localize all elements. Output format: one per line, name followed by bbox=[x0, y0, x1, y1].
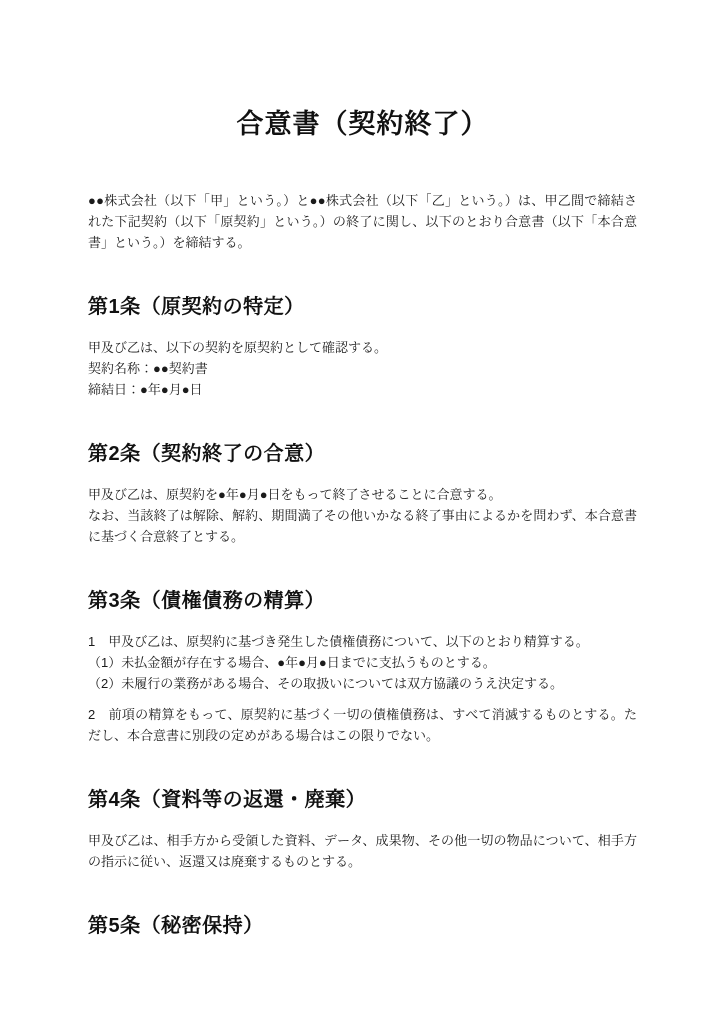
section-heading: 第3条（債権債務の精算） bbox=[88, 587, 637, 615]
document-title: 合意書（契約終了） bbox=[88, 105, 637, 144]
section-heading: 第1条（原契約の特定） bbox=[88, 293, 637, 321]
section-heading: 第4条（資料等の返還・廃棄） bbox=[88, 786, 637, 814]
section-paragraph: 甲及び乙は、原契約を●年●月●日をもって終了させることに合意する。 bbox=[88, 484, 637, 505]
section-heading: 第2条（契約終了の合意） bbox=[88, 440, 637, 468]
section-paragraph: 締結日：●年●月●日 bbox=[88, 379, 637, 400]
sections-container: 第1条（原契約の特定）甲及び乙は、以下の契約を原契約として確認する。契約名称：●… bbox=[88, 293, 637, 940]
contract-section-2: 第2条（契約終了の合意）甲及び乙は、原契約を●年●月●日をもって終了させることに… bbox=[88, 440, 637, 547]
section-paragraph: 甲及び乙は、相手方から受領した資料、データ、成果物、その他一切の物品について、相… bbox=[88, 830, 637, 872]
document-intro-paragraph: ●●株式会社（以下「甲」という。）と●●株式会社（以下「乙」という。）は、甲乙間… bbox=[88, 190, 637, 253]
contract-section-1: 第1条（原契約の特定）甲及び乙は、以下の契約を原契約として確認する。契約名称：●… bbox=[88, 293, 637, 400]
contract-section-4: 第4条（資料等の返還・廃棄）甲及び乙は、相手方から受領した資料、データ、成果物、… bbox=[88, 786, 637, 872]
section-paragraph: 2 前項の精算をもって、原契約に基づく一切の債権債務は、すべて消滅するものとする… bbox=[88, 704, 637, 746]
contract-section-5: 第5条（秘密保持） bbox=[88, 912, 637, 940]
section-paragraph: （2）未履行の業務がある場合、その取扱いについては双方協議のうえ決定する。 bbox=[88, 673, 637, 694]
section-paragraph: なお、当該終了は解除、解約、期間満了その他いかなる終了事由によるかを問わず、本合… bbox=[88, 505, 637, 547]
section-paragraph: 1 甲及び乙は、原契約に基づき発生した債権債務について、以下のとおり精算する。 bbox=[88, 631, 637, 652]
section-paragraph: 甲及び乙は、以下の契約を原契約として確認する。 bbox=[88, 337, 637, 358]
section-paragraph: （1）未払金額が存在する場合、●年●月●日までに支払うものとする。 bbox=[88, 652, 637, 673]
section-heading: 第5条（秘密保持） bbox=[88, 912, 637, 940]
section-paragraph: 契約名称：●●契約書 bbox=[88, 358, 637, 379]
document-page: 合意書（契約終了） ●●株式会社（以下「甲」という。）と●●株式会社（以下「乙」… bbox=[0, 0, 724, 1024]
contract-section-3: 第3条（債権債務の精算）1 甲及び乙は、原契約に基づき発生した債権債務について、… bbox=[88, 587, 637, 746]
blank-line bbox=[88, 694, 637, 704]
